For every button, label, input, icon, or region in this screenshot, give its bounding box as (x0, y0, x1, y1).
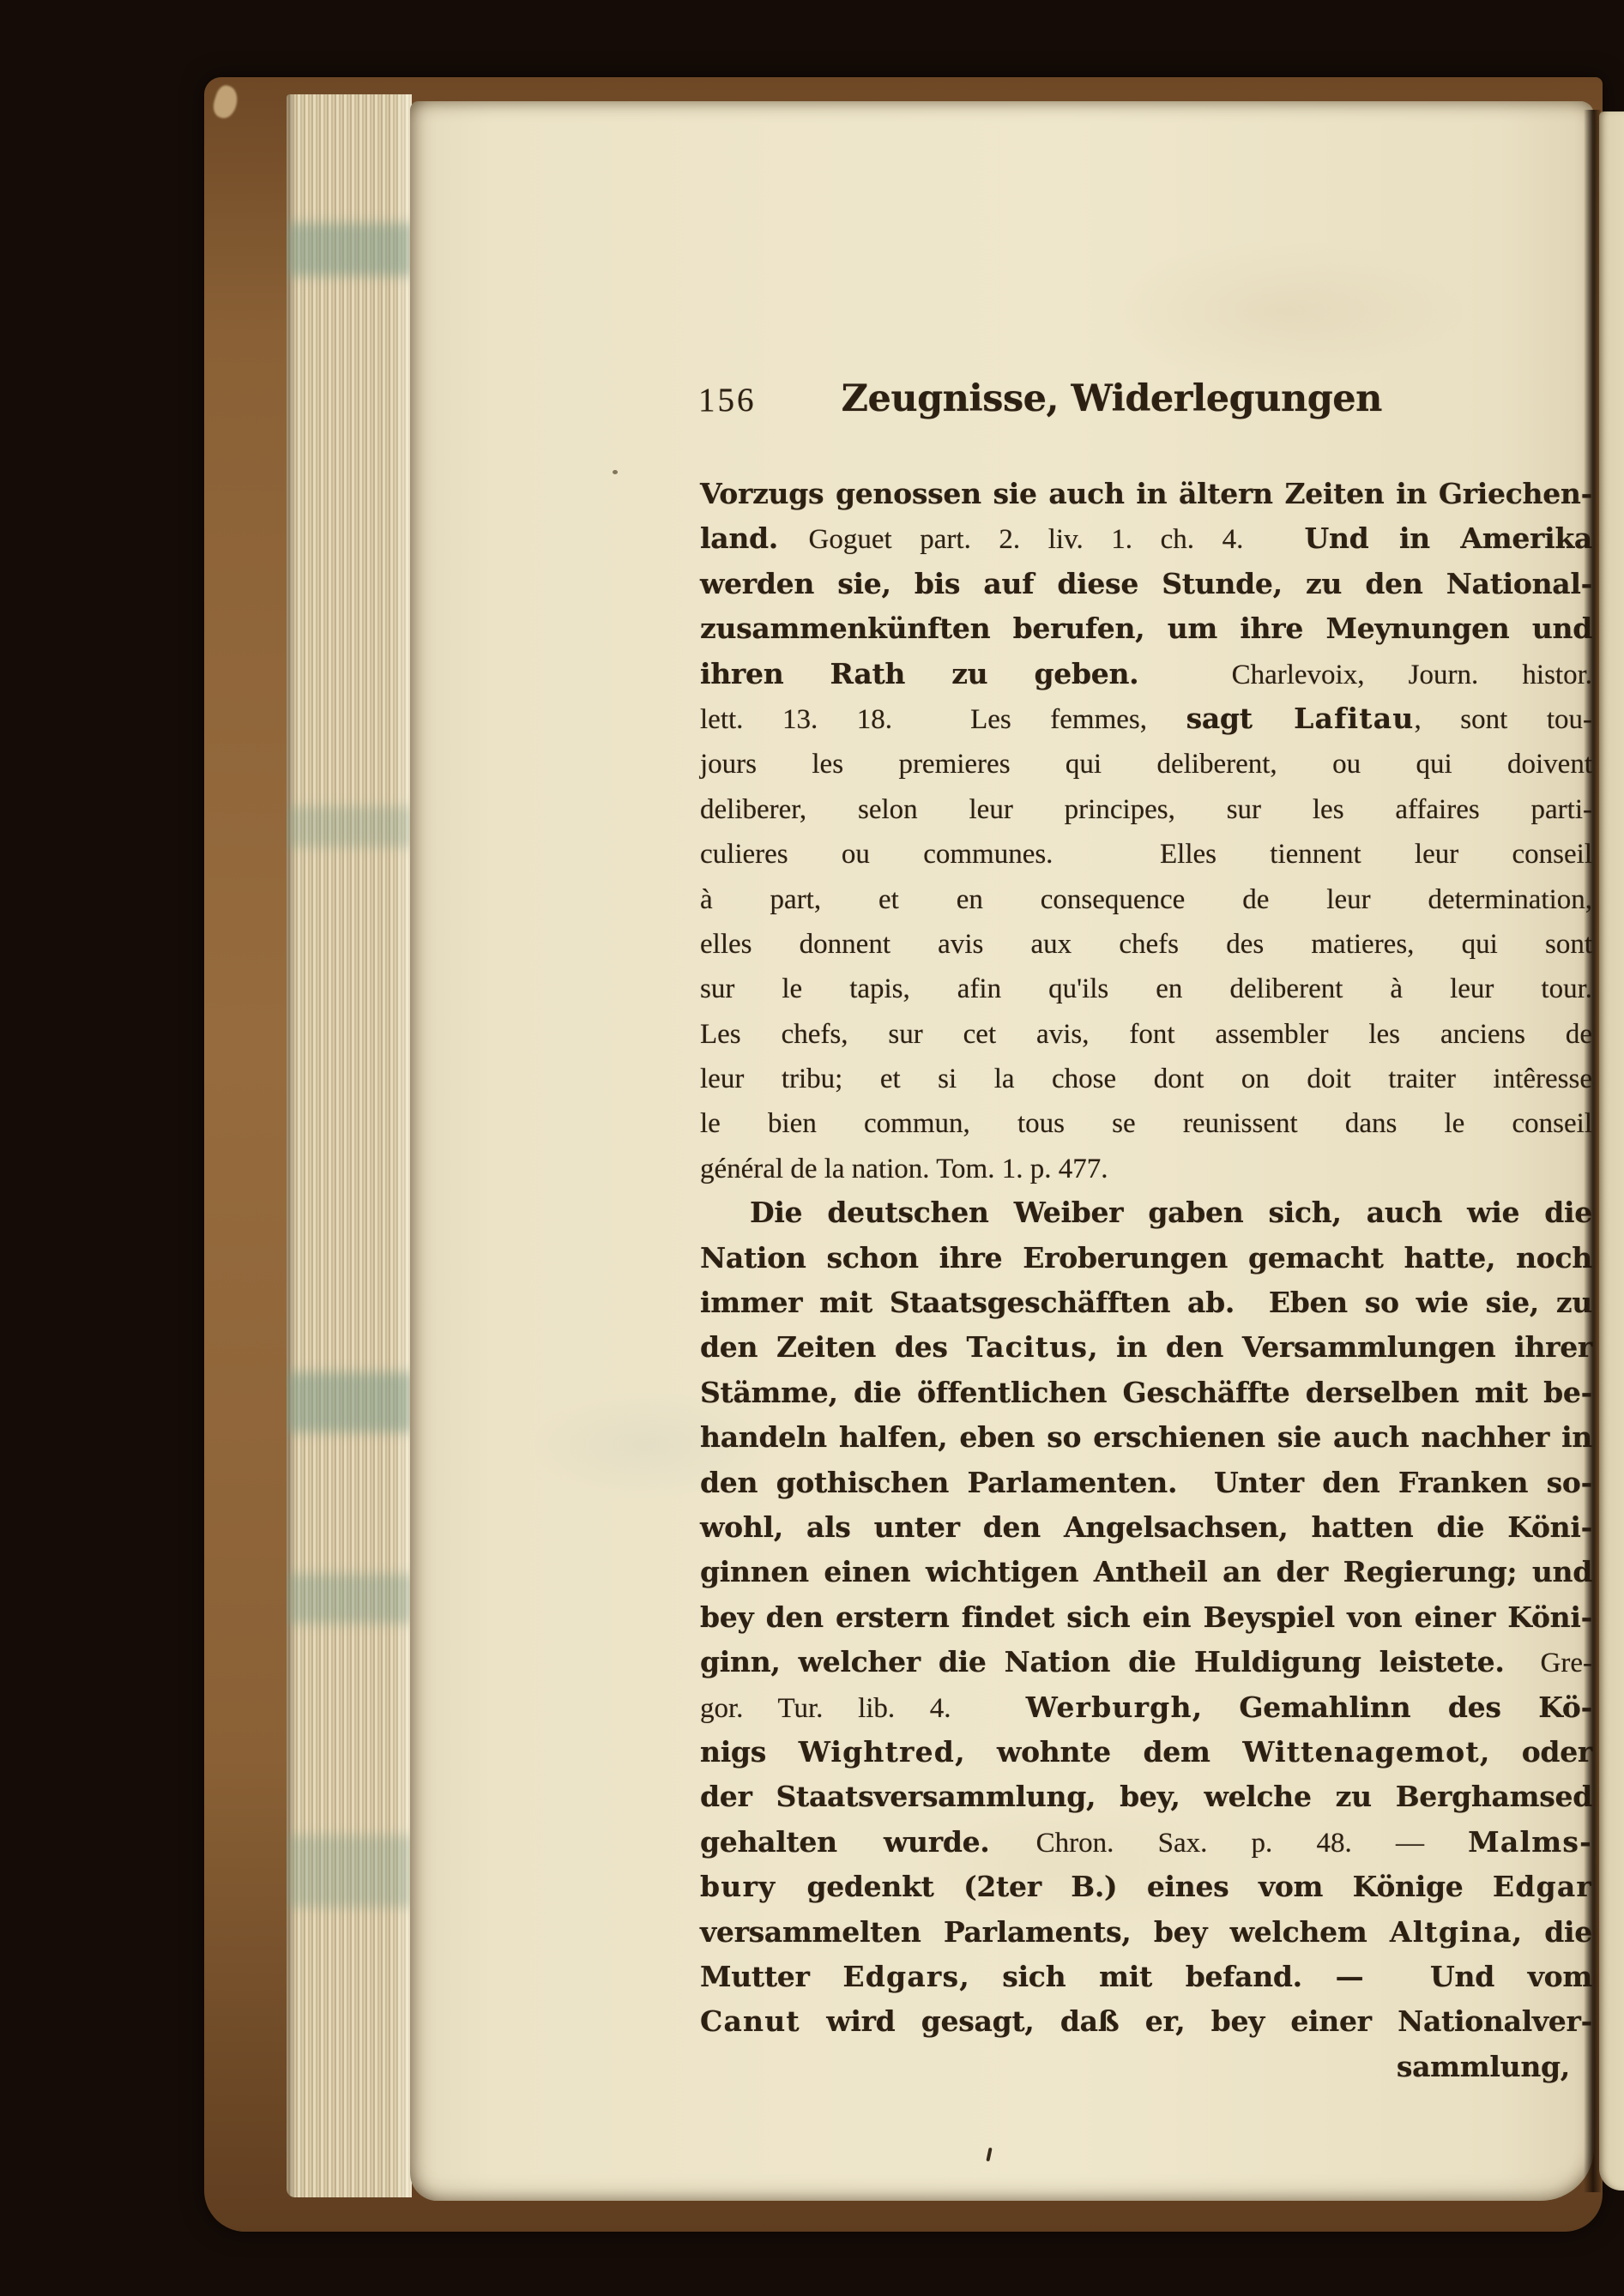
text-segment: à part, et en consequence de leur determ… (700, 884, 1592, 915)
text-line: culieres ou communes. Elles tiennent leu… (700, 831, 1592, 876)
text-segment: Wightred (799, 1735, 955, 1769)
text-segment: Werburgh (1026, 1690, 1192, 1724)
text-segment: gedenkt (2ter B.) eines vom Könige (806, 1870, 1492, 1903)
text-segment: nigs (700, 1735, 799, 1769)
text-segment: leur tribu; et si la chose dont on doit … (700, 1064, 1592, 1094)
text-segment: ginn, welcher die Nation die Huldigung l… (700, 1645, 1541, 1678)
text-line: gehalten wurde. Chron. Sax. p. 48. — Mal… (700, 1820, 1592, 1865)
ink-speck (986, 2148, 992, 2161)
page-gutter-shadow (1584, 110, 1601, 2192)
marbling-streak (287, 1372, 412, 1432)
text-line: ginn, welcher die Nation die Huldigung l… (700, 1640, 1592, 1684)
text-segment: werden sie, bis auf diese Stunde, zu den… (700, 567, 1592, 600)
ink-speck (613, 470, 618, 474)
text-line: ginnen einen wichtigen Antheil an der Re… (700, 1550, 1592, 1594)
marbling-streak (287, 1835, 412, 1907)
text-segment: , wohnte dem (955, 1735, 1242, 1769)
book-photo: 156 Zeugnisse, Widerlegungen Vorzugs gen… (0, 0, 1624, 2296)
text-segment: den gothischen Parlamenten. Unter den Fr… (700, 1466, 1592, 1499)
text-line: land. Goguet part. 2. liv. 1. ch. 4. Und… (700, 516, 1592, 561)
text-segment: Die deutschen Weiber gaben sich, auch wi… (750, 1196, 1592, 1229)
running-title: Zeugnisse, Widerlegungen (757, 377, 1597, 420)
text-segment: land. (700, 521, 809, 555)
text-segment: , oder (1480, 1735, 1592, 1769)
text-segment: bey den erstern findet sich ein Beyspiel… (700, 1600, 1592, 1634)
text-line: Les chefs, sur cet avis, font assembler … (700, 1011, 1592, 1056)
text-segment: wird gesagt, daß er, bey einer Nationalv… (800, 2004, 1592, 2038)
text-segment (951, 1690, 1026, 1724)
text-segment: Tacitus (967, 1330, 1089, 1364)
text-segment: den Zeiten des (700, 1330, 967, 1364)
text-segment: général de la nation. Tom. 1. p. 477. (700, 1154, 1108, 1184)
text-segment: , Gemahlinn des Kö- (1192, 1690, 1592, 1724)
text-line: ihren Rath zu geben. Charlevoix, Journ. … (700, 652, 1592, 696)
text-segment: Edgar (1493, 1870, 1592, 1903)
text-line: den gothischen Parlamenten. Unter den Fr… (700, 1461, 1592, 1505)
page-fore-edge (287, 94, 412, 2197)
text-segment: Lafitau (1294, 702, 1414, 735)
text-segment: immer mit Staatsgeschäfften ab. Eben so … (700, 1286, 1592, 1319)
marbling-streak (287, 806, 412, 847)
text-line: le bien commun, tous se reunissent dans … (700, 1100, 1592, 1145)
text-segment: handeln halfen, eben so erschienen sie a… (700, 1420, 1592, 1454)
marbling-streak (287, 1574, 412, 1624)
text-segment: ihren Rath zu geben. (700, 657, 1232, 690)
text-segment: Und in Amerika (1243, 521, 1592, 555)
text-line: leur tribu; et si la chose dont on doit … (700, 1056, 1592, 1100)
text-segment: le bien commun, tous se reunissent dans … (700, 1108, 1592, 1139)
text-line: Stämme, die öffentlichen Geschäffte ders… (700, 1371, 1592, 1415)
text-line: nigs Wightred, wohnte dem Wittenagemot, … (700, 1730, 1592, 1775)
page-number: 156 (698, 381, 757, 419)
text-line: bury gedenkt (2ter B.) eines vom Könige … (700, 1865, 1592, 1909)
book-page: 156 Zeugnisse, Widerlegungen Vorzugs gen… (410, 101, 1594, 2201)
text-segment: Charlevoix, Journ. histor. (1232, 660, 1592, 690)
text-segment: Chron. Sax. p. 48. — (1036, 1828, 1469, 1859)
marbling-streak (287, 223, 412, 276)
text-segment: Stämme, die öffentlichen Geschäffte ders… (700, 1376, 1592, 1409)
text-line: Die deutschen Weiber gaben sich, auch wi… (700, 1190, 1592, 1235)
text-line: versammelten Parlaments, bey welchem Alt… (700, 1910, 1592, 1955)
text-line: jours les premieres qui deliberent, ou q… (700, 741, 1592, 786)
text-line: elles donnent avis aux chefs des matiere… (700, 921, 1592, 966)
text-segment: Malms- (1468, 1825, 1592, 1859)
text-line: zusammenkünften berufen, um ihre Meynung… (700, 606, 1592, 651)
text-line: immer mit Staatsgeschäfften ab. Eben so … (700, 1281, 1592, 1325)
next-page-edge (1599, 111, 1624, 2191)
text-segment: Canut (700, 2004, 800, 2038)
text-segment: , sich mit befand. — Und vom (959, 1960, 1592, 1993)
text-segment: bury (700, 1870, 806, 1903)
text-segment: Edgars (842, 1960, 959, 1993)
text-segment: Nation schon ihre Eroberungen gemacht ha… (700, 1241, 1592, 1275)
text-line: sammlung, (700, 2045, 1592, 2089)
text-segment: sammlung, (1397, 2050, 1570, 2083)
text-segment: jours les premieres qui deliberent, ou q… (700, 749, 1592, 780)
text-line: à part, et en consequence de leur determ… (700, 877, 1592, 921)
text-line: général de la nation. Tom. 1. p. 477. (700, 1146, 1592, 1190)
text-segment: Mutter (700, 1960, 842, 1993)
text-segment: Goguet part. 2. liv. 1. ch. 4. (809, 524, 1244, 555)
text-line: werden sie, bis auf diese Stunde, zu den… (700, 562, 1592, 606)
text-segment: , in den Versammlungen ihrer (1088, 1330, 1592, 1364)
text-line: bey den erstern findet sich ein Beyspiel… (700, 1595, 1592, 1640)
text-segment: deliberer, selon leur principes, sur les… (700, 794, 1592, 825)
text-segment: , sont tou- (1414, 704, 1592, 735)
text-line: deliberer, selon leur principes, sur les… (700, 786, 1592, 831)
text-segment: ginnen einen wichtigen Antheil an der Re… (700, 1555, 1592, 1588)
text-line: Mutter Edgars, sich mit befand. — Und vo… (700, 1955, 1592, 1999)
text-segment: Les chefs, sur cet avis, font assembler … (700, 1019, 1592, 1050)
text-segment: wohl, als unter den Angelsachsen, hatten… (700, 1510, 1592, 1544)
text-segment: , die (1512, 1915, 1592, 1949)
text-line: Vorzugs genossen sie auch in ältern Zeit… (700, 472, 1592, 516)
page-header: 156 Zeugnisse, Widerlegungen (698, 377, 1596, 420)
text-line: gor. Tur. lib. 4. Werburgh, Gemahlinn de… (700, 1685, 1592, 1730)
text-block: Vorzugs genossen sie auch in ältern Zeit… (700, 472, 1592, 2089)
text-segment: Altgina (1390, 1915, 1512, 1949)
text-segment: elles donnent avis aux chefs des matiere… (700, 929, 1592, 960)
text-segment: versammelten Parlaments, bey welchem (700, 1915, 1390, 1949)
text-segment: gor. Tur. lib. 4. (700, 1693, 951, 1724)
text-segment: sagt (1186, 702, 1295, 735)
text-line: Canut wird gesagt, daß er, bey einer Nat… (700, 1999, 1592, 2044)
text-line: wohl, als unter den Angelsachsen, hatten… (700, 1505, 1592, 1550)
text-segment: zusammenkünften berufen, um ihre Meynung… (700, 612, 1592, 645)
text-segment: der Staatsversammlung, bey, welche zu Be… (700, 1780, 1592, 1813)
text-line: handeln halfen, eben so erschienen sie a… (700, 1415, 1592, 1460)
text-segment: Vorzugs genossen sie auch in ältern Zeit… (700, 477, 1592, 510)
text-line: den Zeiten des Tacitus, in den Versammlu… (700, 1325, 1592, 1370)
text-segment: Wittenagemot (1242, 1735, 1480, 1769)
text-segment: sur le tapis, afin qu'ils en deliberent … (700, 973, 1592, 1004)
text-line: Nation schon ihre Eroberungen gemacht ha… (700, 1236, 1592, 1281)
text-segment: lett. 13. 18. Les femmes, (700, 704, 1186, 735)
text-line: lett. 13. 18. Les femmes, sagt Lafitau, … (700, 696, 1592, 741)
text-segment: culieres ou communes. Elles tiennent leu… (700, 839, 1592, 870)
text-line: der Staatsversammlung, bey, welche zu Be… (700, 1775, 1592, 1819)
text-line: sur le tapis, afin qu'ils en deliberent … (700, 966, 1592, 1010)
text-segment: gehalten wurde. (700, 1825, 1036, 1859)
